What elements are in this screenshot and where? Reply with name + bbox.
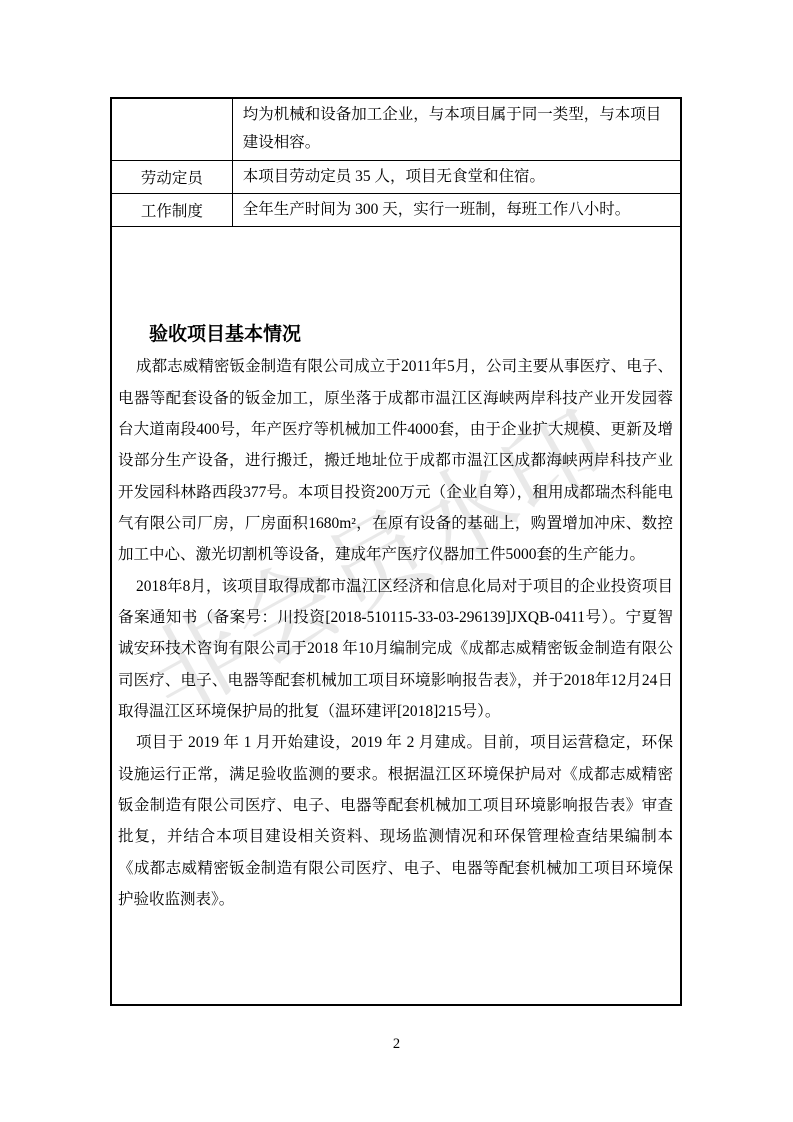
page-number: 2 (0, 1036, 793, 1053)
document-page: 非会员水印 均为机械和设备加工企业，与本项目属于同一类型，与本项目建设相容。 劳… (0, 0, 793, 1122)
table-row-work-schedule: 工作制度 全年生产时间为 300 天，实行一班制，每班工作八小时。 (111, 193, 681, 226)
table-row-section: 验收项目基本情况 成都志威精密钣金制造有限公司成立于2011年5月，公司主要从事… (111, 226, 681, 1005)
project-info-table: 均为机械和设备加工企业，与本项目属于同一类型，与本项目建设相容。 劳动定员 本项… (110, 97, 682, 1006)
paragraph-construction-acceptance: 项目于 2019 年 1 月开始建设，2019 年 2 月建成。目前，项目运营稳… (118, 727, 673, 915)
row-content-work-schedule: 全年生产时间为 300 天，实行一班制，每班工作八小时。 (232, 193, 681, 226)
section-title: 验收项目基本情况 (118, 324, 673, 346)
row-content-compatibility: 均为机械和设备加工企业，与本项目属于同一类型，与本项目建设相容。 (232, 98, 681, 160)
paragraph-company-overview: 成都志威精密钣金制造有限公司成立于2011年5月，公司主要从事医疗、电子、电器等… (118, 351, 673, 570)
table-row-staffing: 劳动定员 本项目劳动定员 35 人，项目无食堂和住宿。 (111, 160, 681, 193)
table-row-compatibility: 均为机械和设备加工企业，与本项目属于同一类型，与本项目建设相容。 (111, 98, 681, 160)
row-content-staffing: 本项目劳动定员 35 人，项目无食堂和住宿。 (232, 160, 681, 193)
row-label-work-schedule: 工作制度 (111, 193, 232, 226)
section-cell: 验收项目基本情况 成都志威精密钣金制造有限公司成立于2011年5月，公司主要从事… (111, 226, 681, 1005)
row-label-staffing: 劳动定员 (111, 160, 232, 193)
paragraph-filing-approval: 2018年8月，该项目取得成都市温江区经济和信息化局对于项目的企业投资项目备案通… (118, 571, 673, 728)
row-label-empty (111, 98, 232, 160)
